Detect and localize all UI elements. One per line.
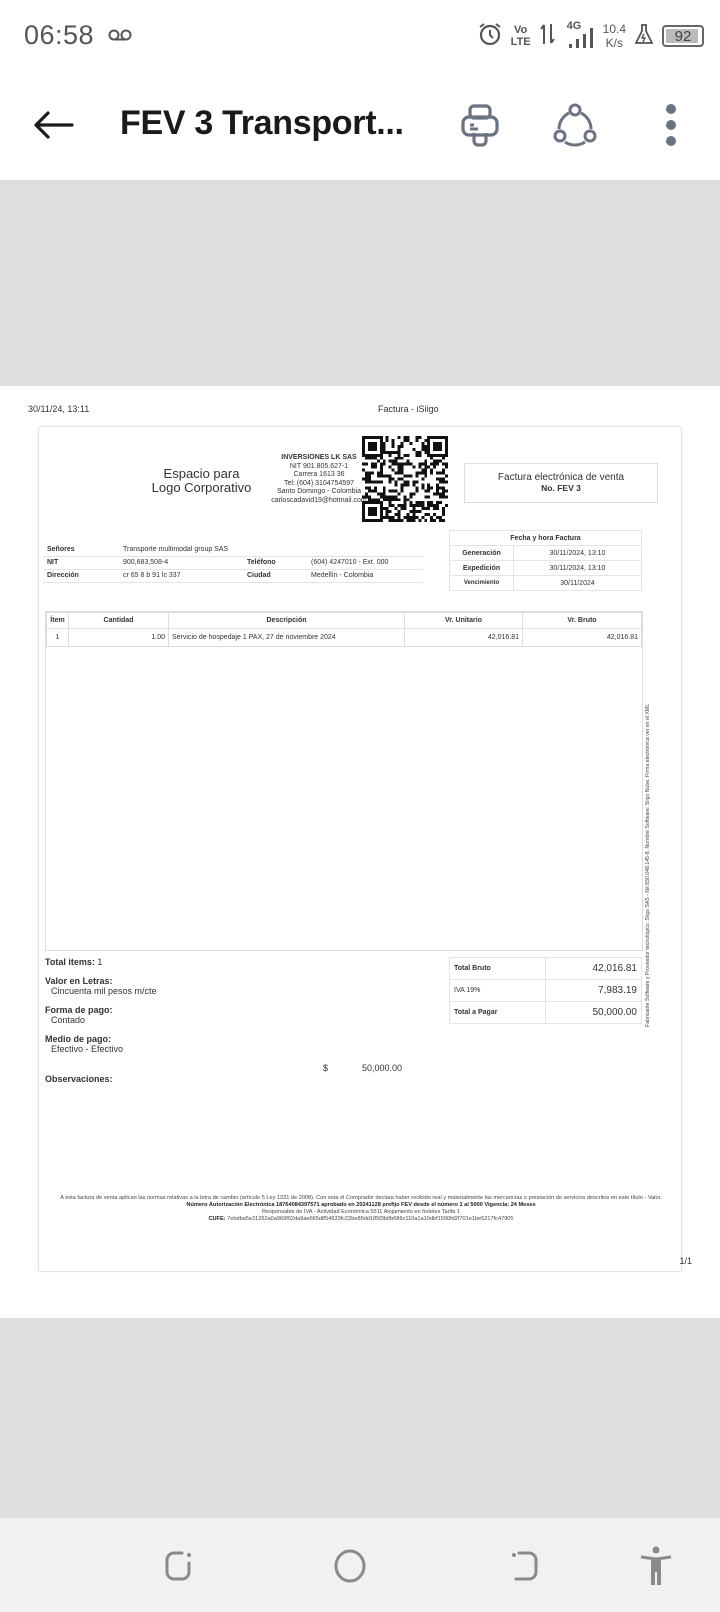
more-vert-icon <box>664 103 678 147</box>
recent-apps-icon <box>164 1550 196 1582</box>
status-icons: VoLTE 4G 10.4K/s 92 <box>477 18 704 54</box>
client-address: cr 65 8 b 91 lc 337 <box>119 569 243 582</box>
items-table-container: Ítem Cantidad Descripción Vr. Unitario V… <box>45 611 643 951</box>
totals-table: Total Bruto42,016.81 IVA 19%7,983.19 Tot… <box>449 957 642 1024</box>
invoice-title-box: Factura electrónica de venta No. FEV 3 <box>464 463 658 503</box>
legal-footer: A esta factura de venta aplican las norm… <box>59 1195 663 1223</box>
viewer-background <box>0 180 720 386</box>
alarm-icon <box>477 21 503 52</box>
pdf-page: 30/11/24, 13:11 Factura - iSiigo Espacio… <box>0 386 720 1318</box>
table-row: 1 1.00 Servicio de hospedaje 1 PAX, 27 d… <box>47 629 642 647</box>
document-title: FEV 3 Transport... <box>120 104 404 143</box>
iva-value: 7,983.19 <box>546 980 642 1002</box>
issue-date: 30/11/2024, 13:10 <box>514 561 642 576</box>
client-info: Señores Transporte multimodal group SAS … <box>43 543 423 583</box>
home-button[interactable] <box>330 1546 370 1586</box>
more-options-button[interactable] <box>646 100 696 150</box>
amount-in-words: Valor en Letras: Cincuenta mil pesos m/c… <box>45 976 425 996</box>
network-speed: 10.4K/s <box>603 22 626 50</box>
invoice-number: No. FEV 3 <box>465 483 657 494</box>
data-arrows-icon <box>539 22 557 51</box>
flask-icon <box>634 23 654 50</box>
total-items: Total items: 1 <box>45 957 425 967</box>
payment-amount: $50,000.00 <box>323 1063 402 1073</box>
share-button[interactable] <box>550 100 600 150</box>
software-provider-note: Fabricante Software y Proveedor tecnológ… <box>645 647 651 1027</box>
voicemail-icon <box>108 26 132 47</box>
accessibility-button[interactable] <box>636 1546 676 1586</box>
items-table: Ítem Cantidad Descripción Vr. Unitario V… <box>46 612 642 647</box>
app-bar: FEV 3 Transport... <box>0 72 720 180</box>
print-date: 30/11/24, 13:11 <box>28 404 89 414</box>
nav-back-icon <box>509 1550 541 1582</box>
observations: Observaciones: <box>45 1074 425 1084</box>
invoice: Espacio para Logo Corporativo INVERSIONE… <box>38 426 682 1272</box>
print-icon <box>459 103 501 147</box>
print-button[interactable] <box>455 100 505 150</box>
total-to-pay: 50,000.00 <box>546 1002 642 1024</box>
generation-date: 30/11/2024, 13:10 <box>514 546 642 561</box>
battery-indicator: 92 <box>662 25 704 47</box>
client-nit: 900,683,508-4 <box>119 556 243 569</box>
share-icon <box>552 102 598 148</box>
clock: 06:58 <box>24 20 94 51</box>
qr-code-icon <box>361 436 449 522</box>
payment-form: Forma de pago: Contado <box>45 1005 425 1025</box>
recent-apps-button[interactable] <box>160 1546 200 1586</box>
back-button[interactable] <box>30 102 76 148</box>
home-icon <box>333 1549 367 1583</box>
page-number: 1/1 <box>679 1256 692 1266</box>
volte-icon: VoLTE <box>511 24 531 48</box>
invoice-title: Factura electrónica de venta <box>465 472 657 483</box>
back-nav-button[interactable] <box>505 1546 545 1586</box>
signal-icon: 4G <box>565 22 595 50</box>
system-nav-bar <box>0 1518 720 1612</box>
print-title: Factura - iSiigo <box>378 404 439 414</box>
viewer-background-bottom <box>0 1318 720 1518</box>
invoice-summary: Total items: 1 Valor en Letras: Cincuent… <box>45 957 425 1093</box>
client-city: Medellín - Colombia <box>307 569 423 582</box>
client-phone: (604) 4247010 - Ext. 000 <box>307 556 423 569</box>
due-date: 30/11/2024 <box>514 576 642 591</box>
total-bruto: 42,016.81 <box>546 958 642 980</box>
cufe: 7ebdba5e31262a0a969f02da9ae665d854633fc2… <box>227 1216 513 1222</box>
invoice-dates: Fecha y hora Factura Generación30/11/202… <box>449 530 642 591</box>
client-name: Transporte multimodal group SAS <box>119 543 423 556</box>
payment-method: Medio de pago: Efectivo - Efectivo <box>45 1034 425 1054</box>
status-bar: 06:58 VoLTE 4G 10.4K/s 92 <box>0 0 720 72</box>
accessibility-icon <box>639 1546 673 1586</box>
back-arrow-icon <box>32 110 74 140</box>
